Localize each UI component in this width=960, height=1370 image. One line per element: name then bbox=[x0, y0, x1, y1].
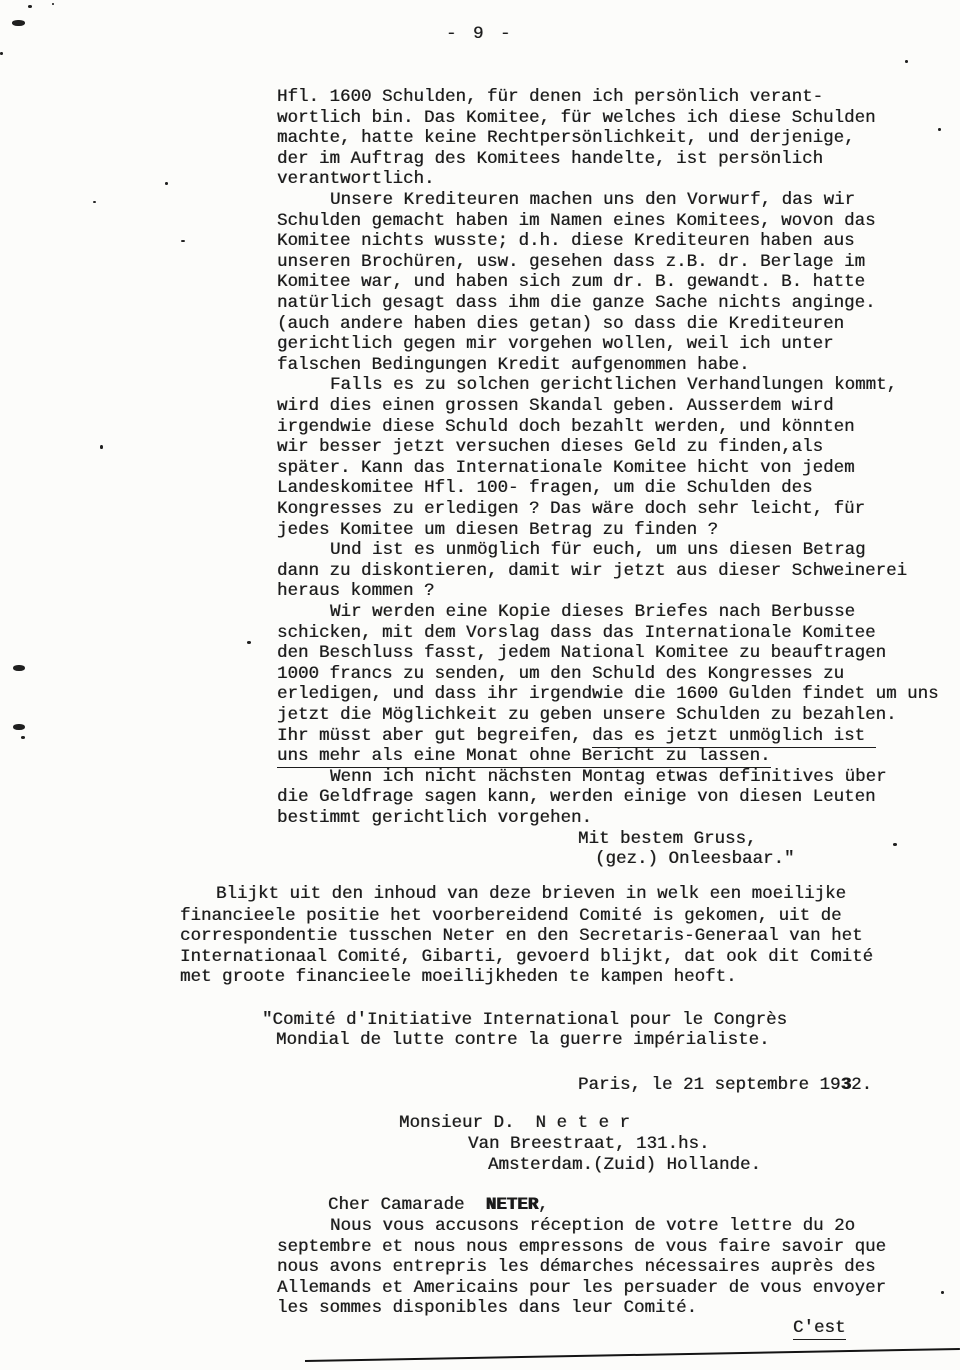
text-segment: 3 bbox=[841, 1075, 852, 1095]
text-segment: Falls es zu solchen gerichtlichen Verhan… bbox=[330, 375, 897, 395]
text-segment: die Geldfrage sagen kann, werden einige … bbox=[277, 787, 876, 807]
text-segment: Unsere Krediteuren machen uns den Vorwur… bbox=[330, 190, 855, 210]
text-segment: machte, hatte keine Rechtpersönlichkeit,… bbox=[277, 128, 855, 148]
text-segment: verantwortlich. bbox=[277, 169, 435, 189]
text-segment: Mit bestem Gruss, bbox=[578, 829, 757, 849]
text-segment: wortlich bin. Das Komitee, für welches i… bbox=[277, 108, 876, 128]
ink-speck bbox=[100, 445, 103, 449]
text-segment: irgendwie diese Schuld doch bezahlt werd… bbox=[277, 417, 855, 437]
text-segment: später. Kann das Internationale Komitee … bbox=[277, 458, 855, 478]
text-segment: bestimmt gerichtlich vorgehen. bbox=[277, 808, 592, 828]
text-line: heraus kommen ? bbox=[277, 581, 435, 601]
ink-speck bbox=[52, 3, 54, 5]
text-segment: Cher Camarade bbox=[328, 1195, 486, 1215]
text-segment: (gez.) Onleesbaar." bbox=[595, 849, 795, 869]
text-segment: Monsieur D. N e t e r bbox=[399, 1113, 630, 1133]
text-line: Nous vous accusons réception de votre le… bbox=[330, 1216, 855, 1236]
text-line: Hfl. 1600 Schulden, für denen ich persön… bbox=[277, 87, 823, 107]
ink-speck bbox=[181, 240, 185, 242]
catchword: C'est bbox=[793, 1318, 846, 1338]
text-segment: der im Auftrag des Komitees handelte, is… bbox=[277, 149, 823, 169]
text-segment: (auch andere haben dies getan) so dass d… bbox=[277, 314, 844, 334]
text-segment: - 9 - bbox=[446, 24, 514, 44]
text-segment: Amsterdam.(Zuid) Hollande. bbox=[488, 1155, 761, 1175]
text-segment: schicken, mit dem Vorslag dass das Inter… bbox=[277, 623, 876, 643]
text-segment: gerichtlich gegen mir vorgehen wollen, w… bbox=[277, 334, 834, 354]
text-line: natürlich gesagt dass ihm die ganze Sach… bbox=[277, 293, 876, 313]
ink-speck bbox=[247, 641, 251, 644]
text-segment: Ihr müsst aber gut begreifen, bbox=[277, 726, 592, 746]
text-line: Internationaal Comité, Gibarti, gevoerd … bbox=[180, 947, 873, 967]
ink-speck bbox=[28, 5, 32, 8]
text-line: uns mehr als eine Monat ohne Bericht zu … bbox=[277, 746, 771, 766]
ink-speck bbox=[165, 182, 168, 185]
text-line: Wir werden eine Kopie dieses Briefes nac… bbox=[330, 602, 855, 622]
text-line: septembre et nous nous empressons de vou… bbox=[277, 1237, 886, 1257]
text-line: Falls es zu solchen gerichtlichen Verhan… bbox=[330, 375, 897, 395]
text-line: den Beschluss fasst, jedem National Komi… bbox=[277, 643, 886, 663]
ink-speck bbox=[21, 736, 25, 739]
closing-salutation: Mit bestem Gruss, bbox=[578, 829, 757, 849]
text-line: financieele positie het voorbereidend Co… bbox=[180, 906, 842, 926]
text-line: falschen Bedingungen Kredit aufgenommen … bbox=[277, 355, 750, 375]
text-line: irgendwie diese Schuld doch bezahlt werd… bbox=[277, 417, 855, 437]
ink-speck bbox=[0, 52, 3, 55]
text-line: met groote financieele moeilijkheden te … bbox=[180, 967, 737, 987]
text-segment: Allemands et Americains pour les persuad… bbox=[277, 1278, 886, 1298]
text-segment: Komitee war, und haben sich zum dr. B. g… bbox=[277, 272, 865, 292]
text-line: Komitee war, und haben sich zum dr. B. g… bbox=[277, 272, 865, 292]
text-line: später. Kann das Internationale Komitee … bbox=[277, 458, 855, 478]
text-segment: das es jetzt unmöglich ist bbox=[592, 726, 876, 748]
text-segment: jedes Komitee um diesen Betrag zu finden… bbox=[277, 520, 718, 540]
text-segment: met groote financieele moeilijkheden te … bbox=[180, 967, 737, 987]
text-line: Schulden gemacht haben im Namen eines Ko… bbox=[277, 211, 876, 231]
text-segment: wir besser jetzt versuchen dieses Geld z… bbox=[277, 437, 823, 457]
ink-speck bbox=[938, 128, 941, 131]
address-line: Van Breestraat, 131.hs. bbox=[468, 1134, 710, 1154]
ink-speck bbox=[13, 665, 25, 671]
text-line: Ihr müsst aber gut begreifen, das es jet… bbox=[277, 726, 876, 746]
text-segment: 1000 francs zu senden, um den Schuld des… bbox=[277, 664, 844, 684]
text-segment: financieele positie het voorbereidend Co… bbox=[180, 906, 842, 926]
ink-speck bbox=[941, 1291, 944, 1294]
text-line: Allemands et Americains pour les persuad… bbox=[277, 1278, 886, 1298]
text-line: correspondentie tusschen Neter en den Se… bbox=[180, 926, 863, 946]
text-segment: "Comité d'Initiative International pour … bbox=[262, 1010, 787, 1030]
salutation-line: Cher Camarade NETER, bbox=[328, 1195, 549, 1215]
text-line: schicken, mit dem Vorslag dass das Inter… bbox=[277, 623, 876, 643]
text-segment: Van Breestraat, 131.hs. bbox=[468, 1134, 710, 1154]
address-line: Monsieur D. N e t e r bbox=[399, 1113, 630, 1133]
text-line: wortlich bin. Das Komitee, für welches i… bbox=[277, 108, 876, 128]
text-line: wird dies einen grossen Skandal geben. A… bbox=[277, 396, 834, 416]
text-line: Wenn ich nicht nächsten Montag etwas def… bbox=[330, 767, 887, 787]
address-line: Amsterdam.(Zuid) Hollande. bbox=[488, 1155, 761, 1175]
text-line: bestimmt gerichtlich vorgehen. bbox=[277, 808, 592, 828]
letterhead-line: Mondial de lutte contre la guerre impéri… bbox=[276, 1030, 770, 1050]
text-segment: wird dies einen grossen Skandal geben. A… bbox=[277, 396, 834, 416]
text-line: erledigen, und dass ihr irgendwie die 16… bbox=[277, 684, 939, 704]
text-line: 1000 francs zu senden, um den Schuld des… bbox=[277, 664, 844, 684]
ink-speck bbox=[93, 201, 96, 203]
text-segment: , bbox=[538, 1195, 549, 1215]
text-line: unseren Brochüren, usw. gesehen dass z.B… bbox=[277, 252, 865, 272]
text-segment: den Beschluss fasst, jedem National Komi… bbox=[277, 643, 886, 663]
text-segment: dann zu diskontieren, damit wir jetzt au… bbox=[277, 561, 907, 581]
text-segment: les sommes disponibles dans leur Comité. bbox=[277, 1298, 697, 1318]
text-segment: Wir werden eine Kopie dieses Briefes nac… bbox=[330, 602, 855, 622]
text-line: Kongresses zu erledigen ? Das wäre doch … bbox=[277, 499, 865, 519]
page-number: - 9 - bbox=[446, 24, 514, 44]
text-segment: unseren Brochüren, usw. gesehen dass z.B… bbox=[277, 252, 865, 272]
text-segment: 2. bbox=[851, 1075, 872, 1095]
text-segment: Mondial de lutte contre la guerre impéri… bbox=[276, 1030, 770, 1050]
text-segment: falschen Bedingungen Kredit aufgenommen … bbox=[277, 355, 750, 375]
text-line: Landeskomitee Hfl. 100- fragen, um die S… bbox=[277, 478, 813, 498]
date-line: Paris, le 21 septembre 1932. bbox=[578, 1075, 872, 1095]
text-segment: Internationaal Comité, Gibarti, gevoerd … bbox=[180, 947, 873, 967]
text-line: die Geldfrage sagen kann, werden einige … bbox=[277, 787, 876, 807]
text-segment: Schulden gemacht haben im Namen eines Ko… bbox=[277, 211, 876, 231]
document-page: - 9 -Hfl. 1600 Schulden, für denen ich p… bbox=[0, 0, 960, 1370]
text-line: (auch andere haben dies getan) so dass d… bbox=[277, 314, 844, 334]
text-line: jetzt die Möglichkeit zu geben unsere Sc… bbox=[277, 705, 897, 725]
text-line: les sommes disponibles dans leur Comité. bbox=[277, 1298, 697, 1318]
text-line: machte, hatte keine Rechtpersönlichkeit,… bbox=[277, 128, 855, 148]
text-line: der im Auftrag des Komitees handelte, is… bbox=[277, 149, 823, 169]
text-segment: Und ist es unmöglich für euch, um uns di… bbox=[330, 540, 866, 560]
text-segment: Wenn ich nicht nächsten Montag etwas def… bbox=[330, 767, 887, 787]
text-segment: septembre et nous nous empressons de vou… bbox=[277, 1237, 886, 1257]
text-line: verantwortlich. bbox=[277, 169, 435, 189]
text-segment: NETER bbox=[486, 1195, 539, 1215]
text-segment: C'est bbox=[793, 1318, 846, 1340]
ink-speck bbox=[905, 60, 908, 63]
text-segment: uns mehr als eine Monat ohne Bericht zu … bbox=[277, 746, 771, 768]
text-line: Und ist es unmöglich für euch, um uns di… bbox=[330, 540, 866, 560]
text-segment: Komitee nichts wusste; d.h. diese Kredit… bbox=[277, 231, 855, 251]
text-segment: Paris, le 21 septembre 19 bbox=[578, 1075, 841, 1095]
ink-speck bbox=[13, 724, 25, 730]
text-segment: correspondentie tusschen Neter en den Se… bbox=[180, 926, 863, 946]
text-segment: Landeskomitee Hfl. 100- fragen, um die S… bbox=[277, 478, 813, 498]
ink-speck bbox=[12, 20, 25, 26]
text-line: Komitee nichts wusste; d.h. diese Kredit… bbox=[277, 231, 855, 251]
text-segment: erledigen, und dass ihr irgendwie die 16… bbox=[277, 684, 939, 704]
text-segment: Hfl. 1600 Schulden, für denen ich persön… bbox=[277, 87, 823, 107]
text-line: Blijkt uit den inhoud van deze brieven i… bbox=[216, 884, 846, 904]
text-line: gerichtlich gegen mir vorgehen wollen, w… bbox=[277, 334, 834, 354]
text-segment: Blijkt uit den inhoud van deze brieven i… bbox=[216, 884, 846, 904]
letterhead-line: "Comité d'Initiative International pour … bbox=[262, 1010, 787, 1030]
text-line: jedes Komitee um diesen Betrag zu finden… bbox=[277, 520, 718, 540]
text-segment: natürlich gesagt dass ihm die ganze Sach… bbox=[277, 293, 876, 313]
text-line: wir besser jetzt versuchen dieses Geld z… bbox=[277, 437, 823, 457]
signature-line: (gez.) Onleesbaar." bbox=[595, 849, 795, 869]
text-segment: nous avons entrepris les démarches néces… bbox=[277, 1257, 876, 1277]
text-line: nous avons entrepris les démarches néces… bbox=[277, 1257, 876, 1277]
text-segment: heraus kommen ? bbox=[277, 581, 435, 601]
text-line: dann zu diskontieren, damit wir jetzt au… bbox=[277, 561, 907, 581]
text-segment: Nous vous accusons réception de votre le… bbox=[330, 1216, 855, 1236]
text-line: Unsere Krediteuren machen uns den Vorwur… bbox=[330, 190, 855, 210]
ink-speck bbox=[893, 843, 897, 846]
text-segment: jetzt die Möglichkeit zu geben unsere Sc… bbox=[277, 705, 897, 725]
text-segment: Kongresses zu erledigen ? Das wäre doch … bbox=[277, 499, 865, 519]
